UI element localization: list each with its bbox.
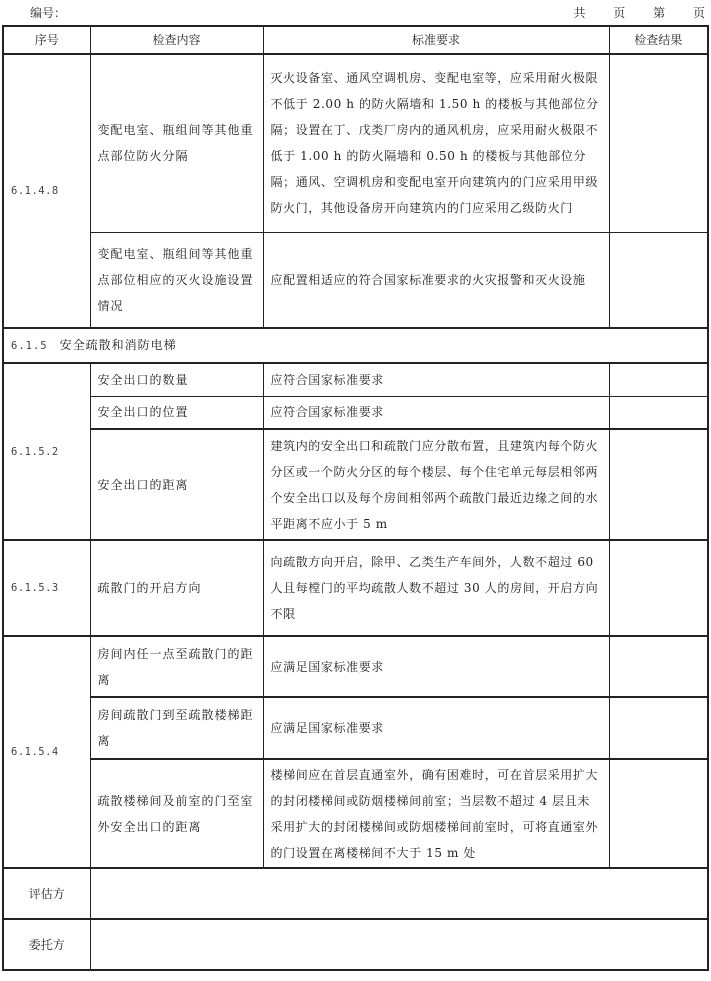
row-result[interactable] xyxy=(609,396,708,429)
table-row: 安全出口的距离 建筑内的安全出口和疏散门应分散布置，且建筑内每个防火分区或一个防… xyxy=(3,429,708,540)
table-row: 6.1.5.4 房间内任一点至疏散门的距离 应满足国家标准要求 xyxy=(3,636,708,697)
col-header-result: 检查结果 xyxy=(609,26,708,54)
row-code: 6.1.5.4 xyxy=(3,636,90,868)
inspection-table: 序号 检查内容 标准要求 检查结果 6.1.4.8 变配电室、瓶组间等其他重点部… xyxy=(2,25,709,971)
table-row: 房间疏散门到至疏散楼梯距离 应满足国家标准要求 xyxy=(3,697,708,759)
client-label: 委托方 xyxy=(3,919,90,970)
row-item: 疏散楼梯间及前室的门至室外安全出口的距离 xyxy=(90,759,263,868)
row-requirement: 应配置相适应的符合国家标准要求的火灾报警和灭火设施 xyxy=(263,232,609,328)
row-requirement: 应满足国家标准要求 xyxy=(263,697,609,759)
row-item: 变配电室、瓶组间等其他重点部位相应的灭火设施设置情况 xyxy=(90,232,263,328)
row-result[interactable] xyxy=(609,363,708,396)
assessor-signature-field[interactable] xyxy=(90,868,708,919)
row-result[interactable] xyxy=(609,636,708,697)
row-requirement: 应符合国家标准要求 xyxy=(263,396,609,429)
section-title: 安全疏散和消防电梯 xyxy=(60,338,177,352)
row-code: 6.1.4.8 xyxy=(3,54,90,328)
section-heading: 6.1.5安全疏散和消防电梯 xyxy=(3,328,708,363)
row-code: 6.1.5.3 xyxy=(3,540,90,636)
signature-row-client: 委托方 xyxy=(3,919,708,970)
section-row: 6.1.5安全疏散和消防电梯 xyxy=(3,328,708,363)
row-item: 安全出口的距离 xyxy=(90,429,263,540)
table-row: 疏散楼梯间及前室的门至室外安全出口的距离 楼梯间应在首层直通室外，确有困难时，可… xyxy=(3,759,708,868)
row-result[interactable] xyxy=(609,232,708,328)
page-unit-label-2: 页 xyxy=(693,4,705,21)
row-item: 安全出口的位置 xyxy=(90,396,263,429)
col-header-requirement: 标准要求 xyxy=(263,26,609,54)
page-unit-label: 页 xyxy=(613,4,625,21)
total-label: 共 xyxy=(573,4,585,21)
row-item: 房间内任一点至疏散门的距离 xyxy=(90,636,263,697)
col-header-no: 序号 xyxy=(3,26,90,54)
row-item: 房间疏散门到至疏散楼梯距离 xyxy=(90,697,263,759)
table-row: 6.1.4.8 变配电室、瓶组间等其他重点部位防火分隔 灭火设备室、通风空调机房… xyxy=(3,54,708,232)
row-requirement: 应满足国家标准要求 xyxy=(263,636,609,697)
table-row: 6.1.5.2 安全出口的数量 应符合国家标准要求 xyxy=(3,363,708,396)
row-requirement: 楼梯间应在首层直通室外，确有困难时，可在首层采用扩大的封闭楼梯间或防烟楼梯间前室… xyxy=(263,759,609,868)
signature-row-assessor: 评估方 xyxy=(3,868,708,919)
row-result[interactable] xyxy=(609,54,708,232)
page-count: 共 页 第 页 xyxy=(549,4,705,21)
row-item: 变配电室、瓶组间等其他重点部位防火分隔 xyxy=(90,54,263,232)
row-result[interactable] xyxy=(609,429,708,540)
table-header-row: 序号 检查内容 标准要求 检查结果 xyxy=(3,26,708,54)
row-item: 安全出口的数量 xyxy=(90,363,263,396)
client-signature-field[interactable] xyxy=(90,919,708,970)
row-result[interactable] xyxy=(609,759,708,868)
row-requirement: 应符合国家标准要求 xyxy=(263,363,609,396)
row-result[interactable] xyxy=(609,540,708,636)
row-code: 6.1.5.2 xyxy=(3,363,90,540)
row-requirement: 向疏散方向开启，除甲、乙类生产车间外，人数不超过 60 人且每樘门的平均疏散人数… xyxy=(263,540,609,636)
table-row: 6.1.5.3 疏散门的开启方向 向疏散方向开启，除甲、乙类生产车间外，人数不超… xyxy=(3,540,708,636)
section-code: 6.1.5 xyxy=(11,340,48,352)
current-label: 第 xyxy=(653,4,665,21)
table-row: 变配电室、瓶组间等其他重点部位相应的灭火设施设置情况 应配置相适应的符合国家标准… xyxy=(3,232,708,328)
page-header: 编号： 共 页 第 页 xyxy=(0,2,711,22)
assessor-label: 评估方 xyxy=(3,868,90,919)
table-row: 安全出口的位置 应符合国家标准要求 xyxy=(3,396,708,429)
serial-number-label: 编号： xyxy=(30,4,66,21)
row-requirement: 建筑内的安全出口和疏散门应分散布置，且建筑内每个防火分区或一个防火分区的每个楼层… xyxy=(263,429,609,540)
row-result[interactable] xyxy=(609,697,708,759)
col-header-item: 检查内容 xyxy=(90,26,263,54)
row-requirement: 灭火设备室、通风空调机房、变配电室等，应采用耐火极限不低于 2.00 h 的防火… xyxy=(263,54,609,232)
row-item: 疏散门的开启方向 xyxy=(90,540,263,636)
